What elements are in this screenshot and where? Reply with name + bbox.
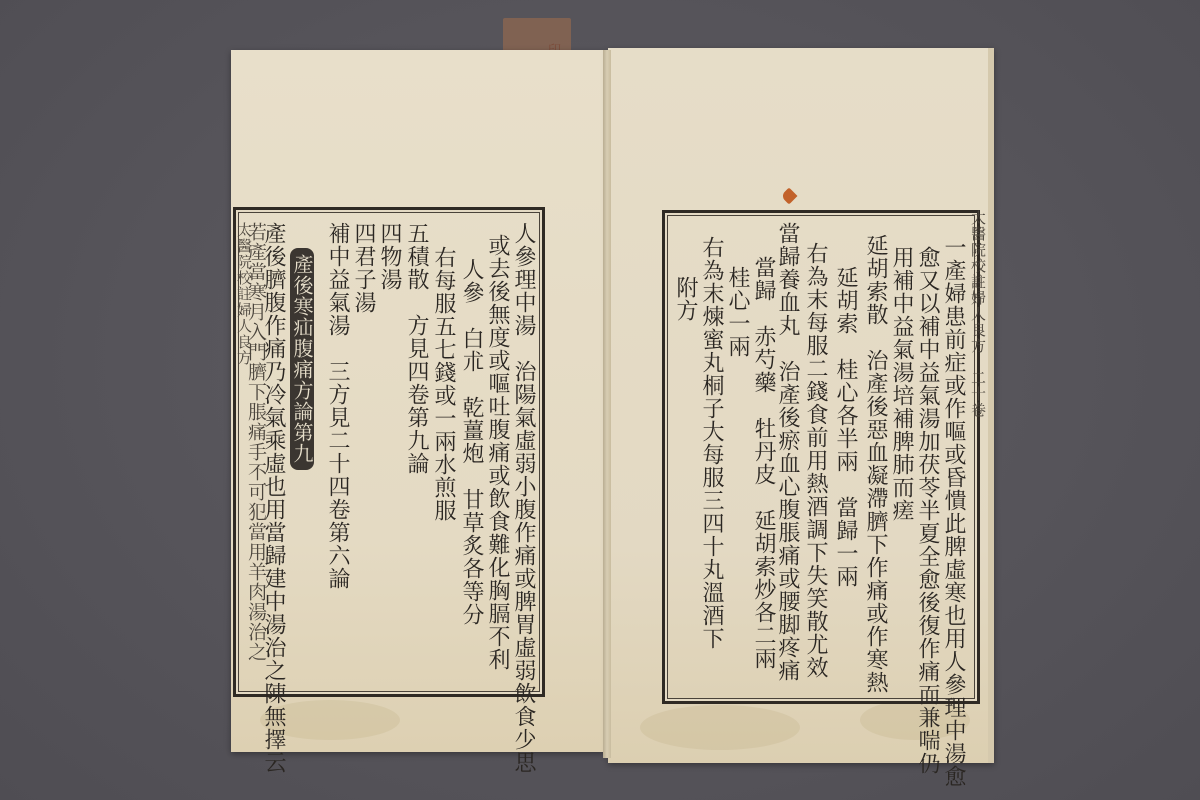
text-column: 延胡索 桂心各半兩 當歸一兩	[834, 266, 856, 588]
text-column: 愈又以補中益氣湯加茯苓半夏全愈後復作痛而兼喘仍	[916, 246, 938, 775]
text-column: 五積散 方見四卷第九論	[405, 222, 427, 475]
book-spine	[603, 50, 611, 758]
right-margin-text: 太醫院校註婦人良方 二十卷	[970, 210, 985, 690]
text-column: 延胡索散 治產後惡血凝滯臍下作痛或作寒熱	[864, 234, 886, 694]
text-column: 人參 白朮 乾薑炮 甘草炙各等分	[460, 258, 482, 626]
section-heading-inverted: 產後寒疝腹痛方論第九	[290, 248, 314, 470]
water-stain	[640, 705, 800, 750]
text-column: 若產當寒月入門臍下脹痛手不可犯當用羊肉湯治之	[246, 222, 265, 662]
text-column: 桂心一兩	[726, 266, 748, 358]
text-column: 當歸 赤芍藥 牡丹皮 延胡索炒各二兩	[752, 256, 774, 670]
text-column: 右為末煉蜜丸桐子大每服三四十丸溫酒下	[700, 236, 722, 650]
text-column: 附方	[674, 276, 696, 322]
text-column: 或去後無度或嘔吐腹痛或飲食難化胸膈不利	[486, 234, 508, 671]
text-column: 一產婦患前症或作嘔或昏憒此脾虛寒也用人參理中湯愈	[942, 236, 964, 788]
text-column: 四物湯	[378, 222, 400, 291]
text-column: 補中益氣湯 三方見二十四卷第六論	[326, 222, 348, 590]
text-column: 右為末每服二錢食前用熱酒調下失笑散尤效	[804, 242, 826, 679]
text-column: 用補中益氣湯培補脾肺而瘥	[890, 246, 912, 522]
text-column: 右每服五七錢或一兩水煎服	[432, 246, 454, 522]
text-column: 當歸養血丸 治產後瘀血心腹脹痛或腰脚疼痛	[776, 222, 798, 682]
text-column: 四君子湯	[352, 222, 374, 314]
text-column: 人參理中湯 治陽氣虛弱小腹作痛或脾胃虛弱飲食少思	[512, 222, 534, 774]
